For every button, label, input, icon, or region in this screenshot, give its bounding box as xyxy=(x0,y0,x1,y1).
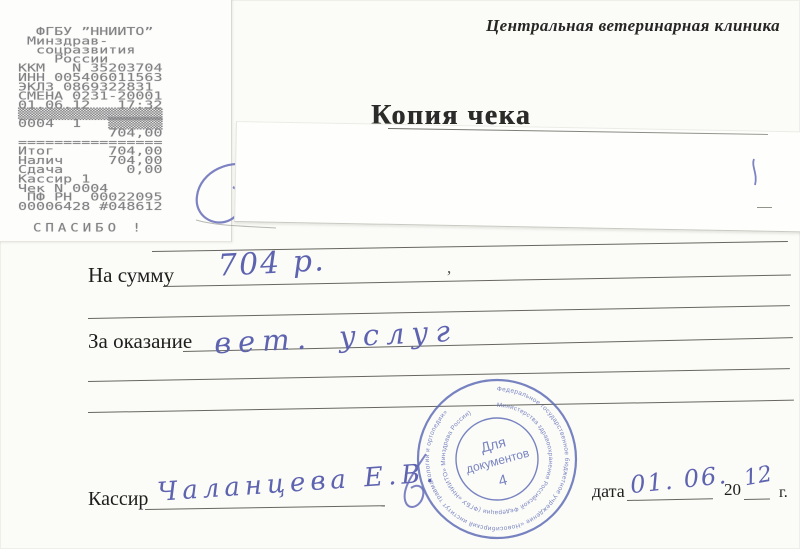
cashier-label: Кассир xyxy=(88,488,148,511)
receipt-text-block: ФГБУ ”ННИИТО” Минздрав- соцразвития Росс… xyxy=(18,27,163,211)
pen-tick-icon xyxy=(745,156,761,188)
stamp-center-line3: 4 xyxy=(497,471,509,490)
paper-overlay xyxy=(234,121,800,233)
round-stamp: Федеральное государственное бюджетное уч… xyxy=(405,369,589,549)
scan-dash-mark xyxy=(757,207,772,208)
service-value-handwritten: вет. услуг xyxy=(213,314,457,361)
year-value-handwritten: 12 xyxy=(742,462,774,491)
date-underline xyxy=(627,498,713,501)
year-suffix: г. xyxy=(779,484,788,502)
year-underline xyxy=(744,498,770,500)
amount-value-handwritten: 704 р. xyxy=(217,243,326,284)
date-label: дата xyxy=(592,481,625,502)
receipt-line: 00006428 #048612 xyxy=(18,202,163,211)
amount-label: На сумму xyxy=(88,263,174,288)
scanned-document-page: Центральная ветеринарная клиника Копия ч… xyxy=(0,0,800,549)
service-label: За оказание xyxy=(88,329,192,354)
comma-mark: , xyxy=(447,258,451,278)
clinic-name-header: Центральная ветеринарная клиника xyxy=(486,16,766,36)
date-value-handwritten: 01. 06. xyxy=(629,461,729,499)
receipt-footer: СПАСИБО ! xyxy=(33,222,145,235)
